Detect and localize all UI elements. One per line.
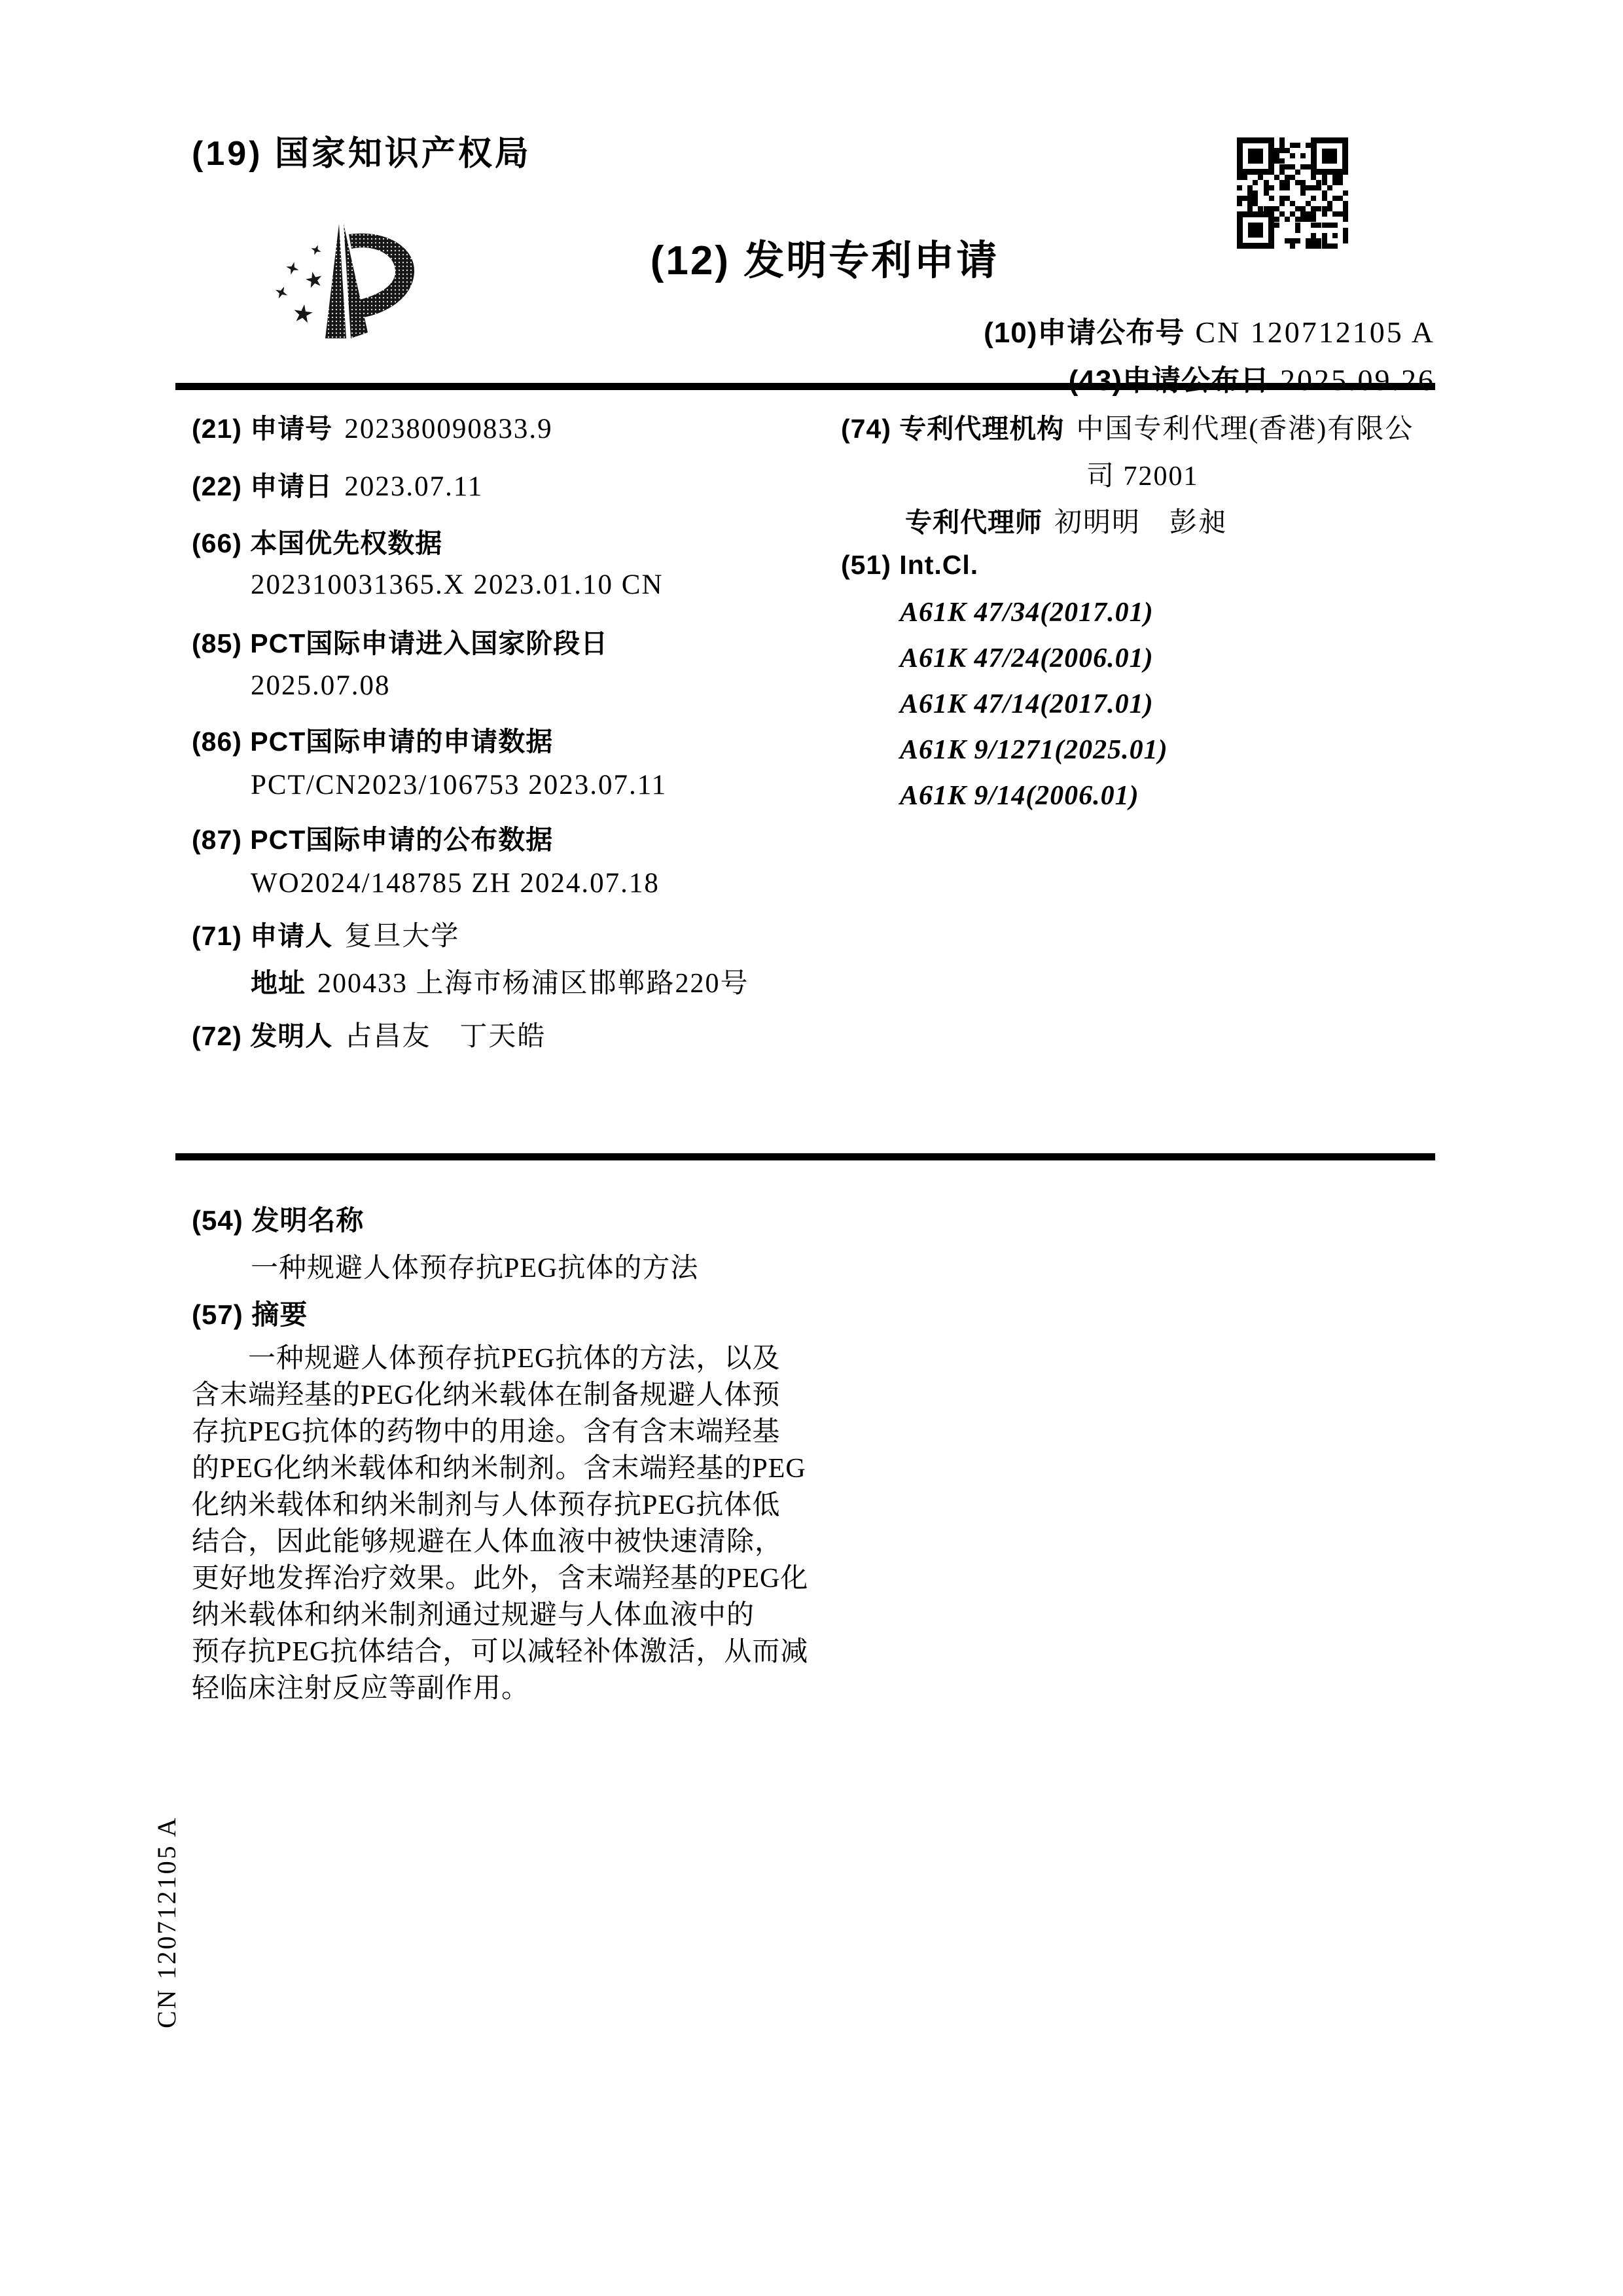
abstract-line: 一种规避人体预存抗PEG抗体的方法，以及 bbox=[192, 1340, 859, 1377]
application-date-label: (22) 申请日 bbox=[192, 465, 332, 503]
abstract-line: 含末端羟基的PEG化纳米载体在制备规避人体预 bbox=[192, 1377, 859, 1414]
patent-front-page: (19) 国家知识产权局 (12 bbox=[0, 0, 1623, 2296]
abstract-divider-rule bbox=[175, 1153, 1435, 1160]
qr-finder-bottom-left bbox=[1237, 211, 1274, 249]
abstract-line: 结合，因此能够规避在人体血液中被快速清除， bbox=[192, 1524, 859, 1560]
applicant-address-label: 地址 bbox=[251, 961, 306, 1000]
intcl-item-2: A61K 47/24(2006.01) bbox=[900, 643, 1154, 674]
issuing-office: (19) 国家知识产权局 bbox=[192, 126, 531, 175]
application-number-row: (21) 申请号 202380090833.9 bbox=[192, 407, 553, 446]
pct-national-entry-value-row: 2025.07.08 bbox=[251, 670, 391, 702]
publication-number-label: (10)申请公布号 bbox=[984, 309, 1185, 351]
qr-finder-top-right bbox=[1311, 137, 1348, 175]
qr-finder-top-left bbox=[1237, 137, 1274, 175]
priority-data-value: 202310031365.X 2023.01.10 CN bbox=[251, 569, 664, 601]
abstract-text-block: 一种规避人体预存抗PEG抗体的方法，以及 含末端羟基的PEG化纳米载体在制备规避… bbox=[192, 1340, 859, 1707]
patent-agent-label: 专利代理师 bbox=[905, 501, 1043, 539]
abstract-line: 化纳米载体和纳米制剂与人体预存抗PEG抗体低 bbox=[192, 1487, 859, 1524]
priority-data-row: (66) 本国优先权数据 bbox=[192, 522, 442, 560]
patent-agent-row: 专利代理师 初明明 彭昶 bbox=[905, 501, 1227, 540]
applicant-value: 复旦大学 bbox=[344, 914, 459, 954]
applicant-label: (71) 申请人 bbox=[192, 914, 332, 953]
patent-agency-label: (74) 专利代理机构 bbox=[841, 407, 1064, 446]
pct-application-data-value-row: PCT/CN2023/106753 2023.07.11 bbox=[251, 769, 667, 801]
pct-national-entry-label: (85) PCT国际申请进入国家阶段日 bbox=[192, 622, 608, 660]
pct-publication-data-value: WO2024/148785 ZH 2024.07.18 bbox=[251, 867, 660, 899]
application-number-value: 202380090833.9 bbox=[344, 413, 552, 445]
patent-agency-row: (74) 专利代理机构 中国专利代理(香港)有限公 bbox=[841, 407, 1414, 446]
intcl-item-4: A61K 9/1271(2025.01) bbox=[900, 734, 1168, 766]
patent-agency-value-line1: 中国专利代理(香港)有限公 bbox=[1076, 407, 1414, 446]
patent-agency-value-line2-row: 司 72001 bbox=[1086, 454, 1199, 493]
inventors-row: (72) 发明人 占昌友 丁天皓 bbox=[192, 1014, 546, 1054]
applicant-address-row: 地址 200433 上海市杨浦区邯郸路220号 bbox=[251, 961, 749, 1001]
pct-application-data-value: PCT/CN2023/106753 2023.07.11 bbox=[251, 769, 667, 801]
intcl-item-5: A61K 9/14(2006.01) bbox=[900, 780, 1139, 812]
intcl-row: (51) Int.Cl. bbox=[841, 550, 978, 581]
invention-title-text: 一种规避人体预存抗PEG抗体的方法 bbox=[251, 1246, 698, 1285]
pct-publication-data-label: (87) PCT国际申请的公布数据 bbox=[192, 818, 553, 857]
patent-agent-value: 初明明 彭昶 bbox=[1054, 501, 1227, 540]
application-date-row: (22) 申请日 2023.07.11 bbox=[192, 465, 483, 503]
publication-date-row: (43)申请公布日 2025.09.26 bbox=[1069, 357, 1435, 399]
cnipa-logo bbox=[272, 221, 419, 342]
publication-number-value: CN 120712105 A bbox=[1195, 315, 1435, 350]
abstract-line: 的PEG化纳米载体和纳米制剂。含末端羟基的PEG bbox=[192, 1450, 859, 1487]
qr-code bbox=[1237, 137, 1348, 249]
pct-national-entry-row: (85) PCT国际申请进入国家阶段日 bbox=[192, 622, 608, 660]
applicant-row: (71) 申请人 复旦大学 bbox=[192, 914, 459, 954]
application-number-label: (21) 申请号 bbox=[192, 407, 332, 446]
intcl-label: (51) Int.Cl. bbox=[841, 550, 978, 581]
abstract-line: 纳米载体和纳米制剂通过规避与人体血液中的 bbox=[192, 1597, 859, 1634]
publication-date-value: 2025.09.26 bbox=[1280, 363, 1435, 397]
priority-data-label: (66) 本国优先权数据 bbox=[192, 522, 442, 560]
invention-title-label: (54) 发明名称 bbox=[192, 1199, 364, 1238]
header-divider-rule bbox=[175, 383, 1435, 390]
pct-national-entry-value: 2025.07.08 bbox=[251, 670, 391, 702]
abstract-line: 轻临床注射反应等副作用。 bbox=[192, 1670, 859, 1707]
side-publication-code: CN 120712105 A bbox=[151, 1819, 183, 2028]
inventors-label: (72) 发明人 bbox=[192, 1014, 332, 1053]
abstract-line: 存抗PEG抗体的药物中的用途。含有含末端羟基 bbox=[192, 1414, 859, 1450]
pct-publication-data-value-row: WO2024/148785 ZH 2024.07.18 bbox=[251, 867, 660, 899]
abstract-label: (57) 摘要 bbox=[192, 1293, 308, 1333]
priority-data-value-row: 202310031365.X 2023.01.10 CN bbox=[251, 569, 664, 601]
abstract-line: 预存抗PEG抗体结合，可以减轻补体激活，从而减 bbox=[192, 1634, 859, 1670]
pct-publication-data-row: (87) PCT国际申请的公布数据 bbox=[192, 818, 553, 857]
abstract-line: 更好地发挥治疗效果。此外，含末端羟基的PEG化 bbox=[192, 1560, 859, 1597]
application-date-value: 2023.07.11 bbox=[344, 471, 483, 503]
pct-application-data-row: (86) PCT国际申请的申请数据 bbox=[192, 720, 553, 759]
applicant-address-value: 200433 上海市杨浦区邯郸路220号 bbox=[317, 961, 749, 1001]
publication-number-row: (10)申请公布号 CN 120712105 A bbox=[984, 309, 1435, 351]
patent-agency-value-line2: 司 72001 bbox=[1086, 454, 1199, 493]
publication-date-label: (43)申请公布日 bbox=[1069, 357, 1270, 399]
intcl-item-3: A61K 47/14(2017.01) bbox=[900, 689, 1154, 720]
pct-application-data-label: (86) PCT国际申请的申请数据 bbox=[192, 720, 553, 759]
cnipa-logo-graphic bbox=[272, 221, 419, 342]
intcl-item-1: A61K 47/34(2017.01) bbox=[900, 597, 1154, 628]
inventors-value: 占昌友 丁天皓 bbox=[344, 1014, 546, 1054]
document-type-title: (12) 发明专利申请 bbox=[622, 228, 1027, 286]
